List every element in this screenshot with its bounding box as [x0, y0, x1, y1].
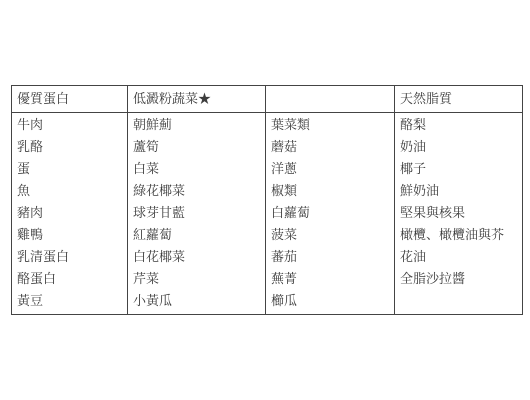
food-item: 乳清蛋白	[17, 246, 127, 268]
food-item: 菠菜	[271, 224, 394, 246]
food-item: 洋蔥	[271, 158, 394, 180]
food-item	[400, 290, 522, 312]
food-item: 朝鮮薊	[133, 114, 265, 136]
food-item: 雞鴨	[17, 224, 127, 246]
food-item: 蕃茄	[271, 246, 394, 268]
food-item: 蘑菇	[271, 136, 394, 158]
food-item: 豬肉	[17, 202, 127, 224]
food-item: 全脂沙拉醬	[400, 268, 522, 290]
food-item: 蛋	[17, 158, 127, 180]
food-item: 白菜	[133, 158, 265, 180]
food-item: 櫛瓜	[271, 290, 394, 312]
food-item: 球芽甘藍	[133, 202, 265, 224]
food-item: 白花椰菜	[133, 246, 265, 268]
food-item: 黃豆	[17, 290, 127, 312]
food-item: 芹菜	[133, 268, 265, 290]
column-cell-natural-fats: 酪梨 奶油 椰子 鮮奶油 堅果與核果 橄欖、橄欖油與芥 花油 全脂沙拉醬	[395, 113, 523, 315]
column-header-empty	[266, 86, 395, 113]
column-cell-low-starch-vegetables: 朝鮮薊 蘆筍 白菜 綠花椰菜 球芽甘藍 紅蘿蔔 白花椰菜 芹菜 小黃瓜	[128, 113, 266, 315]
food-item: 紅蘿蔔	[133, 224, 265, 246]
header-row: 優質蛋白 低澱粉蔬菜★ 天然脂質	[12, 86, 523, 113]
food-item: 奶油	[400, 136, 522, 158]
food-item: 牛肉	[17, 114, 127, 136]
column-header-low-starch-vegetables: 低澱粉蔬菜★	[128, 86, 266, 113]
food-item: 白蘿蔔	[271, 202, 394, 224]
food-item: 花油	[400, 246, 522, 268]
column-cell-vegetables-continued: 葉菜類 蘑菇 洋蔥 椒類 白蘿蔔 菠菜 蕃茄 蕪菁 櫛瓜	[266, 113, 395, 315]
food-item: 椰子	[400, 158, 522, 180]
food-item: 堅果與核果	[400, 202, 522, 224]
food-item: 椒類	[271, 180, 394, 202]
food-item: 蕪菁	[271, 268, 394, 290]
food-item: 蘆筍	[133, 136, 265, 158]
food-item: 鮮奶油	[400, 180, 522, 202]
food-item: 乳酪	[17, 136, 127, 158]
food-item: 葉菜類	[271, 114, 394, 136]
column-header-protein: 優質蛋白	[12, 86, 128, 113]
food-item: 橄欖、橄欖油與芥	[400, 224, 522, 246]
body-row: 牛肉 乳酪 蛋 魚 豬肉 雞鴨 乳清蛋白 酪蛋白 黃豆 朝鮮薊 蘆筍 白菜 綠花…	[12, 113, 523, 315]
column-header-natural-fats: 天然脂質	[395, 86, 523, 113]
food-item: 酪梨	[400, 114, 522, 136]
food-item: 酪蛋白	[17, 268, 127, 290]
food-item: 小黃瓜	[133, 290, 265, 312]
food-table: 優質蛋白 低澱粉蔬菜★ 天然脂質 牛肉 乳酪 蛋 魚 豬肉 雞鴨 乳清蛋白 酪蛋…	[11, 85, 523, 315]
column-cell-protein: 牛肉 乳酪 蛋 魚 豬肉 雞鴨 乳清蛋白 酪蛋白 黃豆	[12, 113, 128, 315]
food-item: 魚	[17, 180, 127, 202]
page: 優質蛋白 低澱粉蔬菜★ 天然脂質 牛肉 乳酪 蛋 魚 豬肉 雞鴨 乳清蛋白 酪蛋…	[0, 0, 530, 400]
food-item: 綠花椰菜	[133, 180, 265, 202]
